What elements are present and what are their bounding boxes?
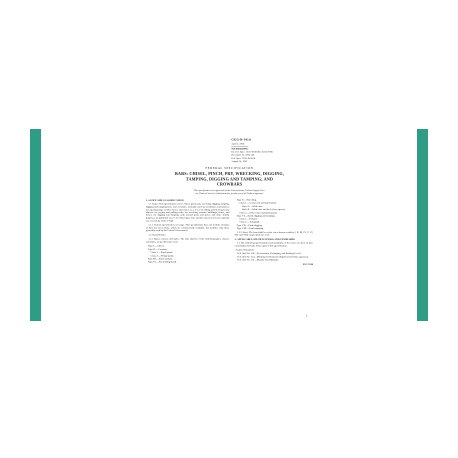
section-1-heading: 1. SCOPE AND CLASSIFICATION: [146, 199, 229, 202]
right-column: Type V.—Wrecking. Class 1.—Gooseneck and…: [235, 198, 313, 266]
spec-title: BARS: CHISEL, PINCH, PRY, WRECKING, DIGG…: [146, 171, 313, 187]
approval-note-line: ice, General Services Administration, fo…: [146, 192, 313, 195]
applicability-paragraph: 2.1 The following specifications and sta…: [235, 242, 313, 248]
superseding-line: August 14, 1953: [231, 160, 313, 163]
type-list-item: Type VIII.—Earth tamping.: [235, 227, 313, 230]
coverage-paragraph: 1.1.1 Federal specification coverage. Th…: [146, 224, 229, 232]
type-list-item: Type IV.—Pry (rolling-head).: [146, 261, 229, 264]
doc-date: April 5, 1966: [231, 143, 313, 146]
classification-paragraph: 1.2 Classification.: [146, 233, 229, 236]
doc-header: GGG-B-101d April 5, 1966 SUPERSEDING Int…: [231, 138, 313, 163]
section-2-heading: 2. APPLICABLE SPECIFICATIONS AND STANDAR…: [235, 238, 313, 241]
page-number: 1: [306, 314, 308, 318]
body-columns: 1. SCOPE AND CLASSIFICATION 1.1 Scope. T…: [146, 198, 313, 266]
type-list-left: Type I.—Chisel. Type II.—Crowbar. Class …: [146, 245, 229, 264]
accent-bar-right: [417, 129, 428, 321]
document-preview-canvas: { "accent_color": "#2f9c86", "header": {…: [0, 0, 458, 458]
type-list-right: Type V.—Wrecking. Class 1.—Gooseneck and…: [235, 199, 313, 230]
types-intro-paragraph: 1.2.1 Types, classes, and styles. The ba…: [146, 238, 229, 244]
federal-specification-heading: FEDERAL SPECIFICATION: [146, 166, 313, 169]
sizes-paragraph: 1.2.2 Sizes. The bars shall be of the si…: [235, 231, 313, 237]
scope-paragraph: 1.1 Scope. This specification covers chi…: [146, 203, 229, 222]
accent-bar-left: [30, 129, 41, 321]
fed-std-item: Fed. Std. No. 151—Metals; Test Methods.: [235, 258, 313, 261]
spec-title-line: CROWBARS: [146, 182, 313, 187]
left-column: 1. SCOPE AND CLASSIFICATION 1.1 Scope. T…: [146, 198, 229, 266]
spec-page-content: GGG-B-101d April 5, 1966 SUPERSEDING Int…: [146, 138, 313, 266]
spec-page: GGG-B-101d April 5, 1966 SUPERSEDING Int…: [146, 138, 313, 324]
approval-note: This specification was approved by the C…: [146, 189, 313, 195]
fsc-number: FSC 5120: [235, 263, 313, 266]
